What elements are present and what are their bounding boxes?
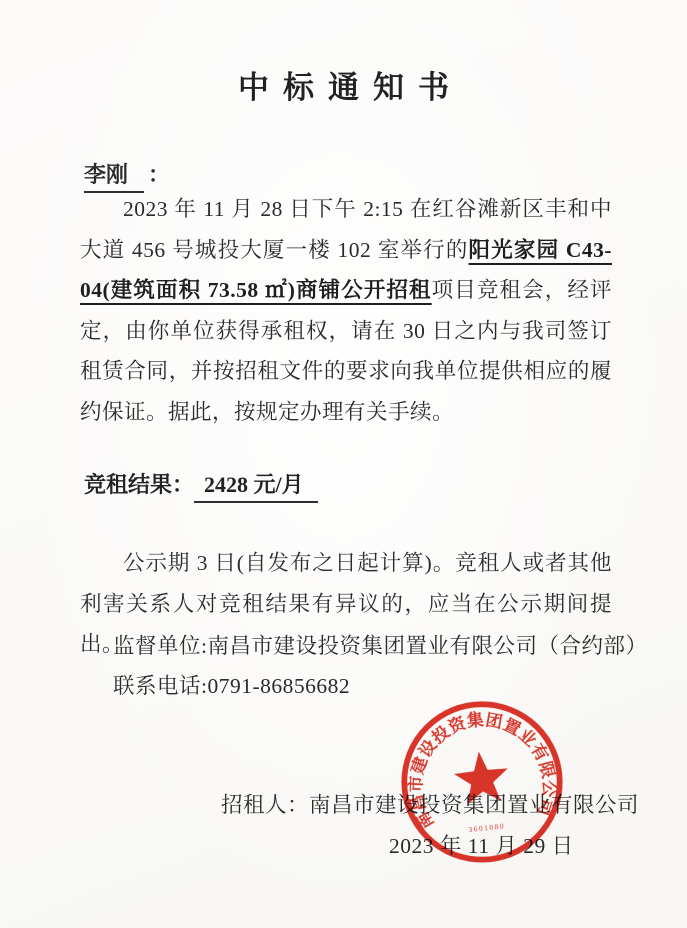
body-paragraph: 2023 年 11 月 28 日下午 2:15 在红谷滩新区丰和中大道 456 …: [80, 189, 612, 432]
scanned-notice-page: 中标通知书 李刚： 2023 年 11 月 28 日下午 2:15 在红谷滩新区…: [0, 0, 687, 928]
red-star-icon: [452, 749, 511, 806]
bid-result-label: 竞租结果：: [84, 472, 194, 497]
contact-phone-line: 联系电话:0791-86856682: [80, 669, 350, 700]
supervisor-line: 监督单位:南昌市建设投资集团置业有限公司（合约部）: [80, 629, 647, 660]
seal-code-text: 3601080: [468, 821, 505, 834]
bid-result-line: 竞租结果：2428 元/月: [84, 468, 318, 503]
recipient-name: 李刚: [84, 158, 144, 193]
salutation-colon: ：: [148, 162, 170, 187]
page-title: 中标通知书: [0, 62, 687, 107]
company-seal-graphic: 南昌市建设投资集团置业有限公司 3601080: [390, 690, 575, 875]
salutation-line: 李刚：: [84, 158, 170, 193]
bid-result-value: 2428 元/月: [194, 468, 318, 503]
company-seal-stamp: 南昌市建设投资集团置业有限公司 3601080: [390, 690, 575, 875]
